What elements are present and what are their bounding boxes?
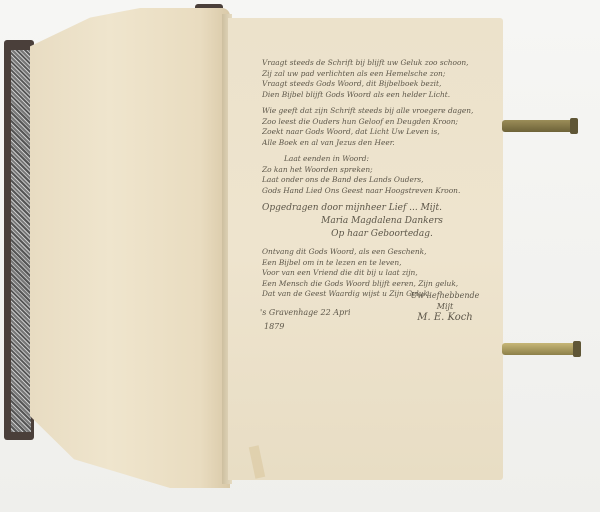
text-line: Een Bijbel om in te lezen en te leven, <box>262 258 502 269</box>
signature-closing: Uw liefhebbende <box>395 290 495 301</box>
text-line: Zij zal uw pad verlichten als een Hemels… <box>262 69 502 80</box>
date-block: 's Gravenhage 22 April 1879 <box>260 306 350 334</box>
text-line: Alle Boek en al van Jezus den Heer. <box>262 138 502 149</box>
text-line: Gods Hand Lied Ons Geest naar Hoogstreve… <box>262 186 502 197</box>
text-line: Vraagt steeds de Schrift bij blijft uw G… <box>262 58 502 69</box>
text-line: Zo kan het Woorden spreken; <box>262 165 502 176</box>
text-line: Wie geeft dat zijn Schrift steeds bij al… <box>262 106 502 117</box>
text-line: Laat eenden in Woord: <box>262 154 502 165</box>
handwritten-dedication: Vraagt steeds de Schrift bij blijft uw G… <box>262 58 502 300</box>
signature-nickname: Mijt <box>395 301 495 312</box>
dedication-line: Opgedragen door mijnheer Lief ... Mijt. <box>262 202 502 215</box>
text-line: Een Mensch die Gods Woord blijft eeren, … <box>262 279 502 290</box>
text-line: Dien Bijbel blijft Gods Woord als een he… <box>262 90 502 101</box>
date-place: 's Gravenhage 22 April <box>260 306 350 320</box>
clasp-end-top <box>570 118 578 134</box>
recipient-name: Maria Magdalena Dankers <box>262 215 502 228</box>
brass-clasp-top <box>502 120 574 132</box>
text-line: Zoo leest die Ouders hun Geloof en Deugd… <box>262 117 502 128</box>
marbled-edge <box>11 50 31 432</box>
text-line: Vraagt steeds Gods Woord, dit Bijbelboek… <box>262 79 502 90</box>
clasp-end-bottom <box>573 341 581 357</box>
text-line: Laat onder ons de Band des Lands Ouders, <box>262 175 502 186</box>
date-year: 1879 <box>260 320 350 334</box>
brass-clasp-bottom <box>502 343 577 355</box>
text-line: Ontvang dit Gods Woord, als een Geschenk… <box>262 247 502 258</box>
text-line: Voor van een Vriend die dit bij u laat z… <box>262 268 502 279</box>
left-page <box>30 8 230 488</box>
occasion: Op haar Geboortedag. <box>262 228 502 241</box>
signature-block: Uw liefhebbende Mijt M. E. Koch <box>395 290 495 323</box>
signature-name: M. E. Koch <box>395 312 495 323</box>
text-line: Zoekt naar Gods Woord, dat Licht Uw Leve… <box>262 127 502 138</box>
